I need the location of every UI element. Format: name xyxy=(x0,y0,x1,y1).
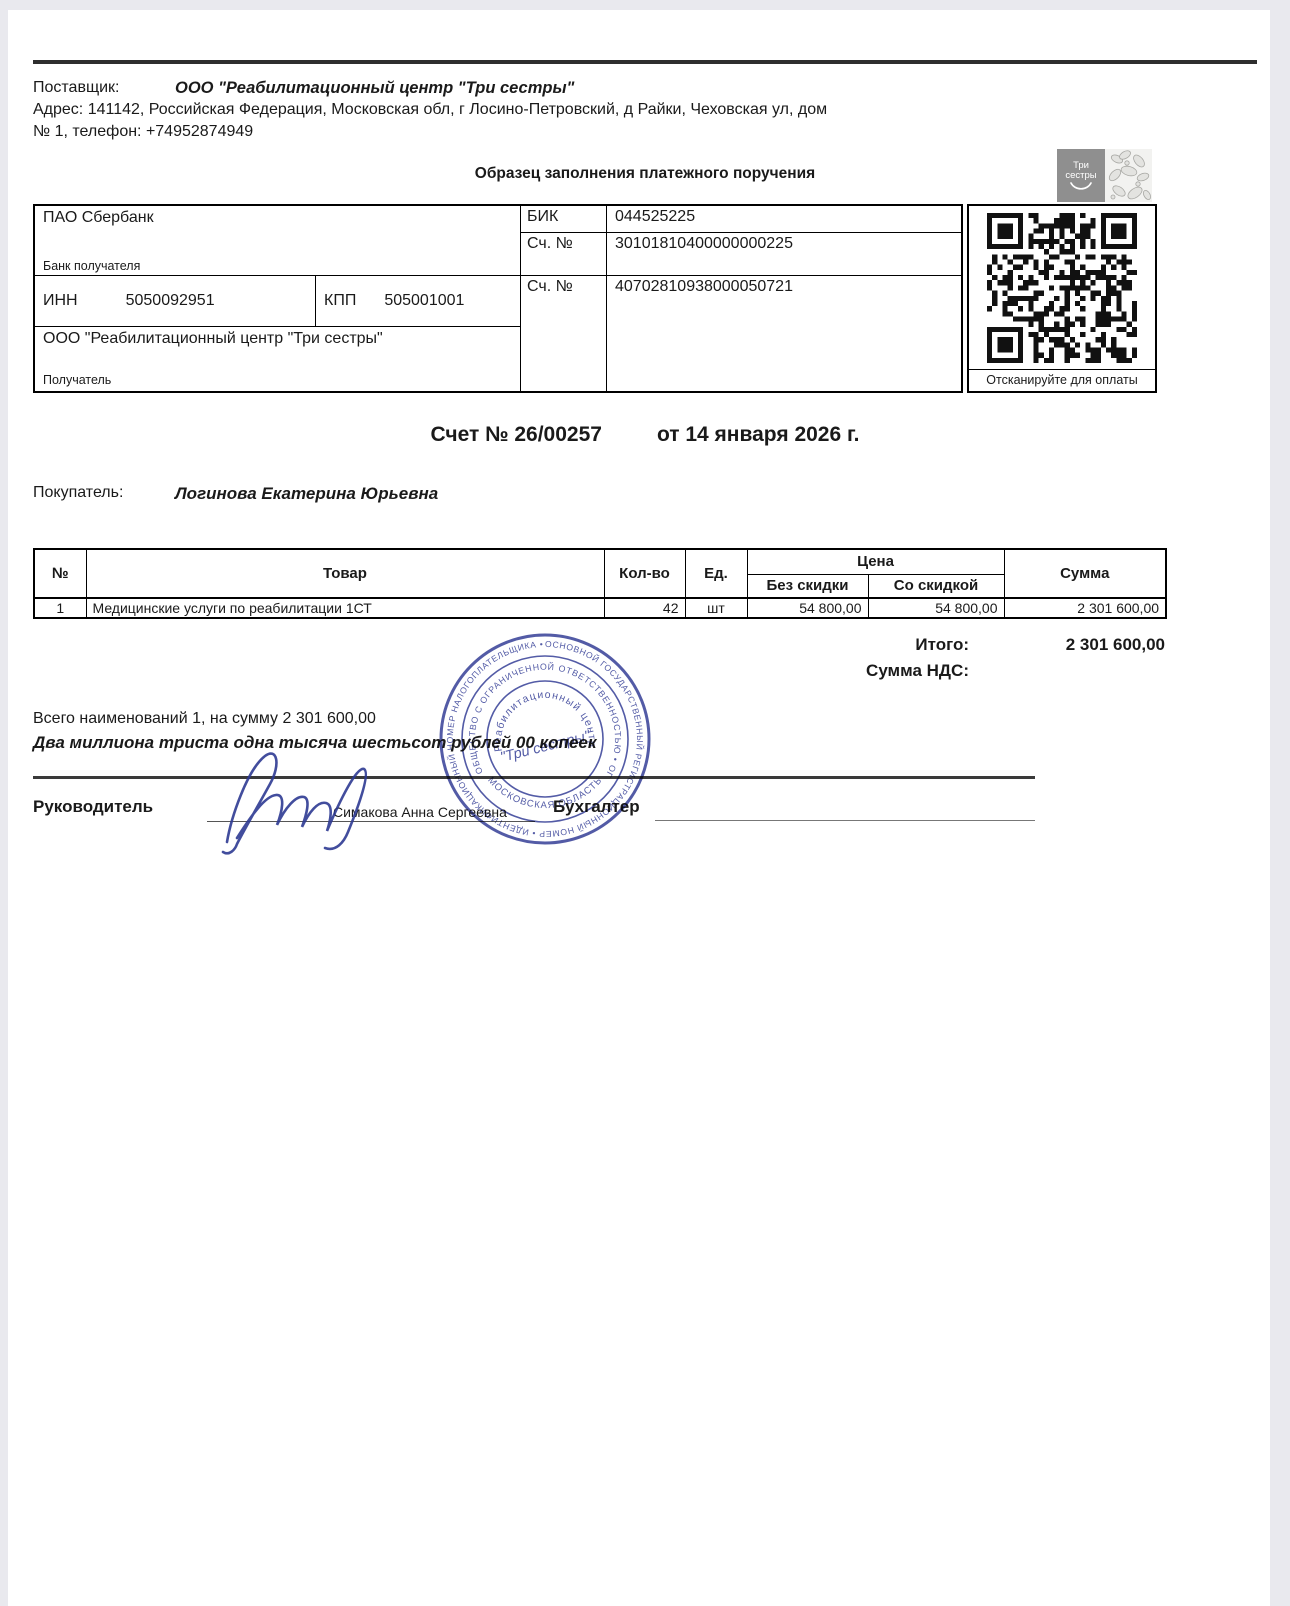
logo-floral-pattern xyxy=(1105,149,1152,202)
col-header-price-discount: Со скидкой xyxy=(868,574,1004,598)
col-header-unit: Ед. xyxy=(685,549,747,598)
kpp-value: 505001001 xyxy=(384,292,464,310)
kpp-label: КПП xyxy=(324,292,356,310)
signature-area: Руководитель Симакова Анна Сергеевна Бух… xyxy=(33,776,1257,936)
supplier-label: Поставщик: xyxy=(33,77,175,99)
item-price-discount: 54 800,00 xyxy=(868,598,1004,618)
account-label: Сч. № xyxy=(521,276,607,391)
accountant-signature-line xyxy=(655,820,1035,821)
logo-text-line2: сестры xyxy=(1065,171,1096,182)
company-stamp: ОСНОВНОЙ ГОСУДАРСТВЕННЫЙ РЕГИСТРАЦИОННЫЙ… xyxy=(430,624,660,854)
col-header-price: Цена xyxy=(747,549,1004,574)
bank-details-section: ПАО Сбербанк Банк получателя БИК 0445252… xyxy=(33,204,1257,393)
table-row: 1 Медицинские услуги по реабилитации 1СТ… xyxy=(34,598,1166,618)
director-label: Руководитель xyxy=(33,797,153,817)
recipient-name: ООО "Реабилитационный центр "Три сестры" xyxy=(35,327,520,351)
bank-name-cell: ПАО Сбербанк Банк получателя xyxy=(35,206,521,275)
total-label: Итого: xyxy=(915,632,969,658)
inn-value: 5050092951 xyxy=(126,292,215,310)
item-price-no-discount: 54 800,00 xyxy=(747,598,868,618)
invoice-date: от 14 января 2026 г. xyxy=(657,423,860,447)
logo-text-box: Три сестры xyxy=(1057,149,1105,202)
invoice-title: Счет № 26/00257 от 14 января 2026 г. xyxy=(33,423,1257,447)
item-num: 1 xyxy=(34,598,86,618)
col-header-qty: Кол-во xyxy=(604,549,685,598)
inn-kpp-row: ИНН 5050092951 КПП 505001001 xyxy=(35,276,520,327)
qr-code-svg xyxy=(987,213,1137,363)
item-qty: 42 xyxy=(604,598,685,618)
company-logo: Три сестры xyxy=(1057,149,1152,202)
supplier-address-line2: № 1, телефон: +74952874949 xyxy=(33,121,893,143)
buyer-row: Покупатель: Логинова Екатерина Юрьевна xyxy=(33,484,1257,504)
vat-value xyxy=(969,658,1165,684)
corr-account-label: Сч. № xyxy=(521,233,607,275)
buyer-label: Покупатель: xyxy=(33,484,175,504)
qr-caption: Отсканируйте для оплаты xyxy=(969,369,1155,391)
bank-cell-label: Банк получателя xyxy=(43,259,140,273)
supplier-address-line1: Адрес: 141142, Российская Федерация, Мос… xyxy=(33,99,893,121)
supplier-row: Поставщик: ООО "Реабилитационный центр "… xyxy=(33,77,1257,99)
item-unit: шт xyxy=(685,598,747,618)
top-horizontal-rule xyxy=(33,60,1257,64)
qr-payment-box: Отсканируйте для оплаты xyxy=(967,204,1157,393)
logo-smile-icon xyxy=(1068,182,1094,191)
recipient-cell: ООО "Реабилитационный центр "Три сестры"… xyxy=(35,327,520,389)
bank-details-table: ПАО Сбербанк Банк получателя БИК 0445252… xyxy=(33,204,963,393)
col-header-product: Товар xyxy=(86,549,604,598)
corr-account-value: 30101810400000000225 xyxy=(607,233,961,275)
handwritten-signature xyxy=(205,738,420,856)
total-value: 2 301 600,00 xyxy=(969,632,1165,658)
vat-label: Сумма НДС: xyxy=(866,658,969,684)
bank-name: ПАО Сбербанк xyxy=(35,206,520,230)
account-value: 40702810938000050721 xyxy=(607,276,961,391)
buyer-name: Логинова Екатерина Юрьевна xyxy=(175,484,438,504)
invoice-number: Счет № 26/00257 xyxy=(431,423,602,447)
col-header-amount: Сумма xyxy=(1004,549,1166,598)
col-header-num: № xyxy=(34,549,86,598)
stamp-center-name: "Три сестры" xyxy=(499,728,593,766)
bik-value: 044525225 xyxy=(607,206,961,232)
document-page: Поставщик: ООО "Реабилитационный центр "… xyxy=(8,10,1270,1606)
item-product: Медицинские услуги по реабилитации 1СТ xyxy=(86,598,604,618)
supplier-name: ООО "Реабилитационный центр "Три сестры" xyxy=(175,77,574,99)
items-table: № Товар Кол-во Ед. Цена Сумма Без скидки… xyxy=(33,548,1167,619)
col-header-price-no-discount: Без скидки xyxy=(747,574,868,598)
recipient-cell-label: Получатель xyxy=(43,373,111,387)
item-amount: 2 301 600,00 xyxy=(1004,598,1166,618)
bik-label: БИК xyxy=(521,206,607,232)
inn-label: ИНН xyxy=(43,292,78,310)
